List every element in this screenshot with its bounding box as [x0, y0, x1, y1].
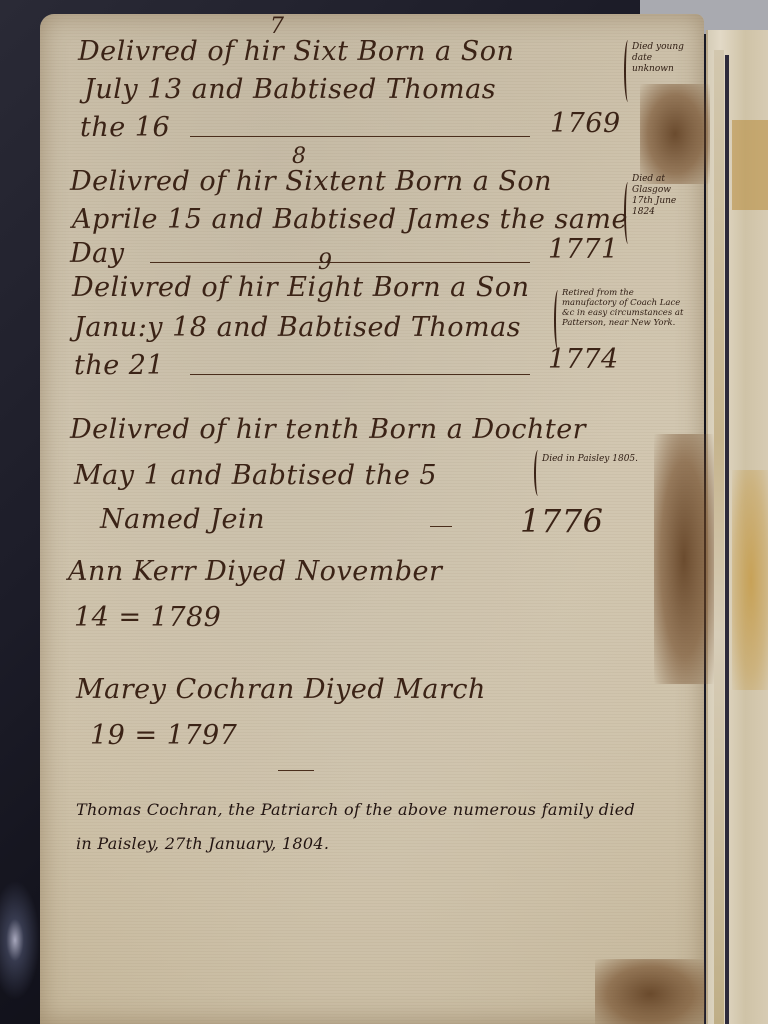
dash-rule — [190, 374, 530, 375]
brace — [534, 450, 542, 496]
separator-rule — [278, 770, 314, 771]
death-date: 19 = 1797 — [90, 720, 237, 751]
margin-note: Died young date unknown — [632, 42, 694, 75]
entry-line: Janu:y 18 and Babtised Thomas — [74, 312, 521, 343]
brace — [554, 290, 562, 350]
entry-line: the 21 — [74, 350, 164, 381]
ink-stain — [595, 959, 705, 1024]
dash-rule — [430, 526, 452, 527]
manuscript-page: 7 Delivred of hir Sixt Born a Son July 1… — [40, 14, 704, 1024]
entry-line: July 13 and Babtised Thomas — [84, 74, 496, 105]
entry-line: Delivred of hir Eight Born a Son — [72, 272, 530, 303]
ink-stain — [640, 84, 710, 184]
dash-rule — [150, 262, 530, 263]
note-line: Thomas Cochran, the Patriarch of the abo… — [76, 800, 635, 819]
entry-line: Delivred of hir Sixtent Born a Son — [70, 166, 552, 197]
ink-stain — [654, 434, 714, 684]
margin-note: Died in Paisley 1805. — [542, 454, 652, 465]
entry-line: Named Jein — [100, 504, 265, 535]
brace — [624, 182, 632, 244]
brace — [624, 40, 632, 102]
margin-note: Died at Glasgow 17th June 1824 — [632, 174, 686, 218]
entry-line: Day — [70, 238, 125, 269]
death-date: 14 = 1789 — [74, 602, 221, 633]
death-line: Marey Cochran Diyed March — [76, 674, 486, 705]
entry-line: May 1 and Babtised the 5 — [74, 460, 437, 491]
margin-note: Retired from the manufactory of Coach La… — [562, 288, 690, 328]
note-line: in Paisley, 27th January, 1804. — [76, 834, 329, 853]
entry-year: 1776 — [520, 502, 603, 540]
spine-shadow — [725, 55, 729, 1024]
entry-line: Delivred of hir Sixt Born a Son — [78, 36, 514, 67]
entry-year: 1769 — [550, 108, 621, 139]
light-glare — [0, 880, 40, 1000]
death-line: Ann Kerr Diyed November — [68, 556, 442, 587]
facing-page-edge — [706, 30, 768, 1024]
entry-line: Aprile 15 and Babtised James the same — [72, 204, 628, 235]
entry-year: 1771 — [548, 234, 619, 265]
dash-rule — [190, 136, 530, 137]
water-stain — [732, 120, 768, 210]
binding-strip — [714, 50, 724, 1024]
entry-line: Delivred of hir tenth Born a Dochter — [70, 414, 586, 445]
water-stain — [732, 470, 768, 690]
entry-line: the 16 — [80, 112, 170, 143]
